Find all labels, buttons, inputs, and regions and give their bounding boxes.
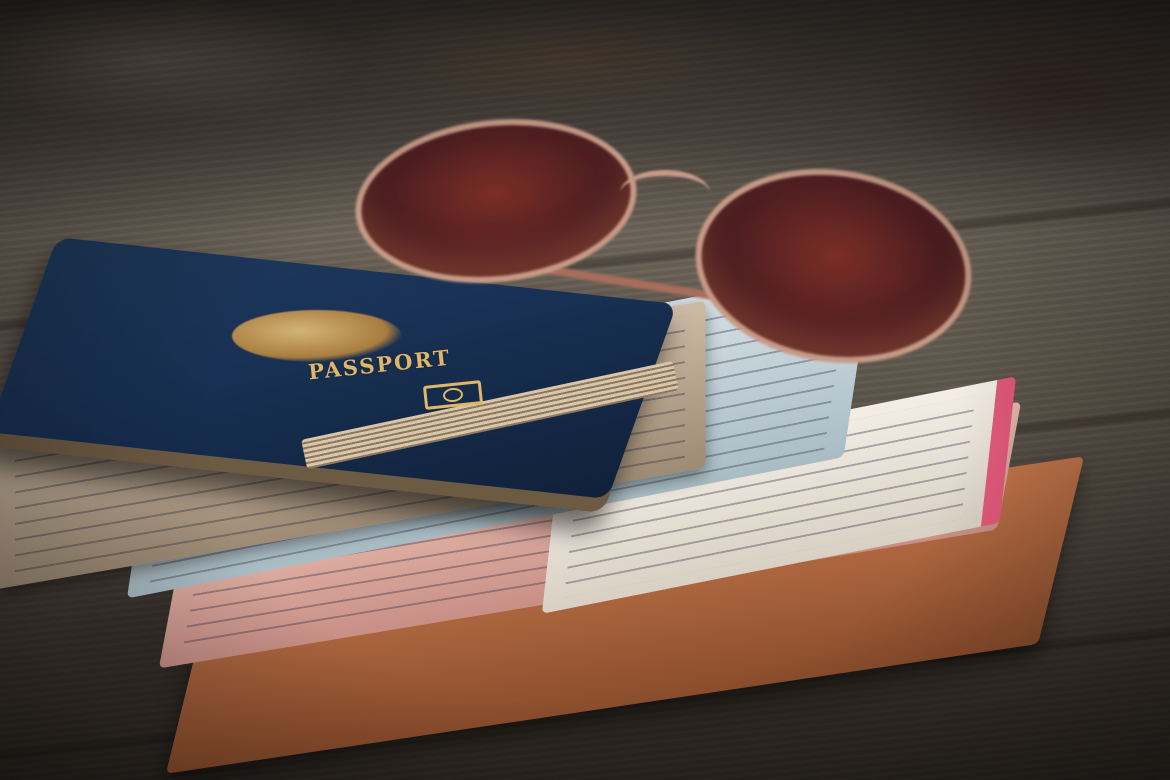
photo-scene: PASSPORT — [0, 0, 1170, 780]
sunglasses-bridge — [620, 170, 710, 216]
